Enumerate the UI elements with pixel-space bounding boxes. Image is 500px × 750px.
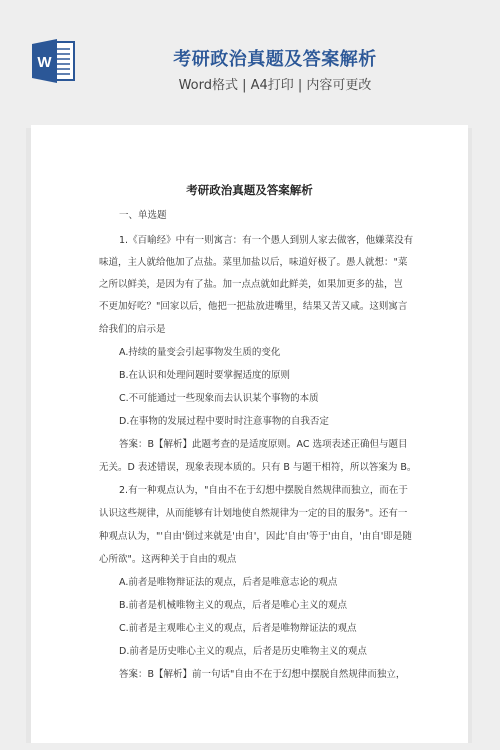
page-header-title: 考研政治真题及答案解析	[160, 45, 390, 71]
question-2-line-4: 心所欲"。这两种关于自由的观点	[99, 551, 236, 565]
question-1-line-3: 之所以鲜美，是因为有了盐。加一点点就如此鲜美，如果加更多的盐，岂	[99, 276, 403, 290]
question-2-line-1: 2.有一种观点认为，"自由不在于幻想中摆脱自然规律而独立，而在于	[119, 482, 408, 496]
question-1-line-5: 给我们的启示是	[99, 321, 166, 335]
word-icon: W	[31, 39, 77, 83]
question-2-line-3: 种观点认为，"'自由'倒过来就是'由自'，因此'自由'等于'由自，'由自'即是随	[99, 528, 412, 542]
question-2-line-2: 认识这些规律，从而能够有计划地使自然规律为一定的目的服务"。还有一	[99, 505, 407, 519]
question-1-line-4: 不更加好吃？"回家以后，他把一把盐放进嘴里，结果又苦又咸。这则寓言	[99, 298, 407, 312]
document-page: 考研政治真题及答案解析 一、单选题 1.《百喻经》中有一则寓言：有一个愚人到别人…	[31, 125, 468, 743]
question-1-option-a: A.持续的量变会引起事物发生质的变化	[119, 344, 280, 358]
question-2-option-b: B.前者是机械唯物主义的观点，后者是唯心主义的观点	[119, 597, 347, 611]
document-title: 考研政治真题及答案解析	[31, 182, 468, 198]
question-1-option-c: C.不可能通过一些现象而去认识某个事物的本质	[119, 390, 319, 404]
page-header-subtitle: Word格式 | A4打印 | 内容可更改	[160, 74, 390, 93]
question-2-answer-line-1: 答案：B【解析】前一句话"自由不在于幻想中摆脱自然规律而独立，	[119, 666, 405, 680]
question-1-option-b: B.在认识和处理问题时要掌握适度的原则	[119, 367, 290, 381]
svg-text:W: W	[37, 54, 52, 71]
question-1-answer-line-2: 无关。D 表述错误，现象表现本质的。只有 B 与题干相符，所以答案为 B。	[99, 459, 416, 473]
question-1-option-d: D.在事物的发展过程中要时时注意事物的自我否定	[119, 413, 329, 427]
question-1-line-1: 1.《百喻经》中有一则寓言：有一个愚人到别人家去做客，他嫌菜没有	[119, 232, 413, 246]
question-1-line-2: 味道，主人就给他加了点盐。菜里加盐以后，味道好极了。愚人就想："菜	[99, 254, 407, 268]
question-1-answer-line-1: 答案：B【解析】此题考查的是适度原则。AC 选项表述正确但与题目	[119, 436, 408, 450]
section-heading: 一、单选题	[119, 207, 167, 221]
question-2-option-d: D.前者是历史唯心主义的观点，后者是历史唯物主义的观点	[119, 643, 367, 657]
question-2-option-c: C.前者是主观唯心主义的观点，后者是唯物辩证法的观点	[119, 620, 357, 634]
question-2-option-a: A.前者是唯物辩证法的观点，后者是唯意志论的观点	[119, 574, 337, 588]
